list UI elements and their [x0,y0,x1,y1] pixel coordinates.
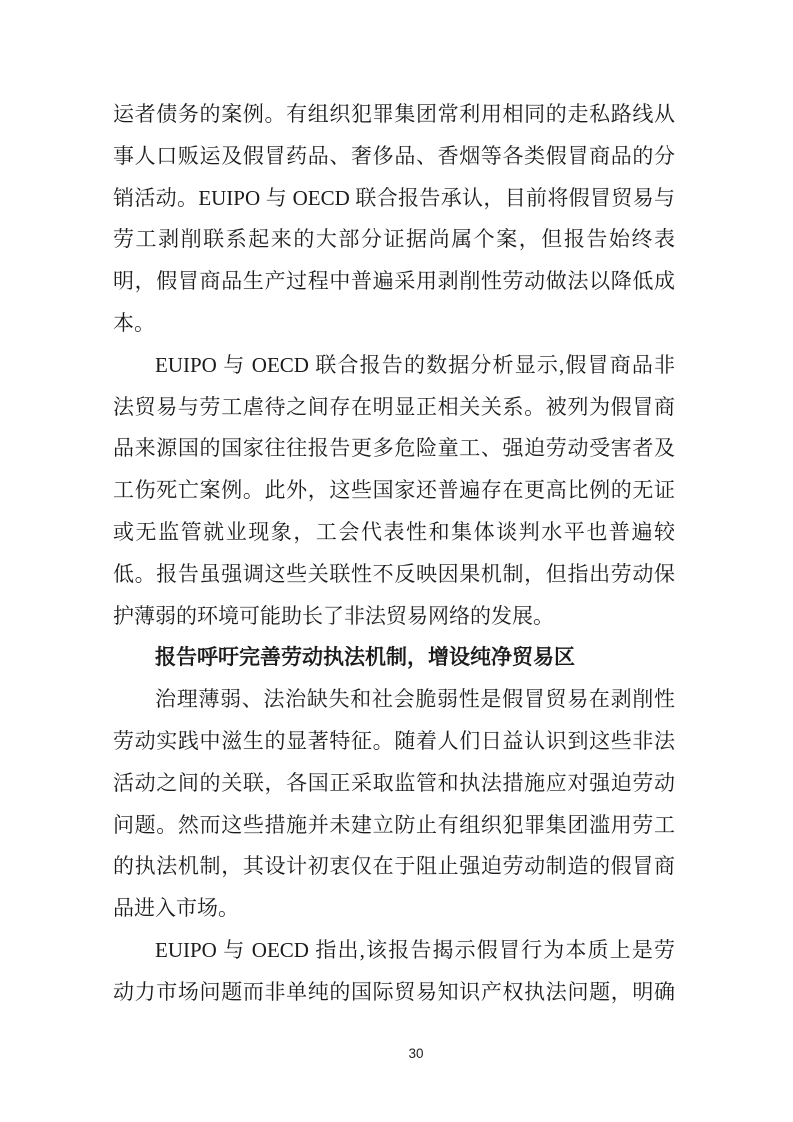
text-line: 或无监管就业现象，工会代表性和集体谈判水平也普遍较 [113,512,675,554]
document-body: 运者债务的案例。有组织犯罪集团常利用相同的走私路线从事人口贩运及假冒药品、奢侈品… [113,94,675,1014]
paragraph: EUIPO 与 OECD 指出,该报告揭示假冒行为本质上是劳动力市场问题而非单纯… [113,930,675,1014]
paragraph: EUIPO 与 OECD 联合报告的数据分析显示,假冒商品非法贸易与劳工虐待之间… [113,345,675,638]
text-line: 品进入市场。 [113,888,675,930]
text-line: 劳动实践中滋生的显著特征。随着人们日益认识到这些非法 [113,721,675,763]
text-line: 护薄弱的环境可能助长了非法贸易网络的发展。 [113,596,675,638]
text-line: 的执法机制，其设计初衷仅在于阻止强迫劳动制造的假冒商 [113,846,675,888]
text-line: 销活动。EUIPO 与 OECD 联合报告承认，目前将假冒贸易与 [113,178,675,220]
text-line: EUIPO 与 OECD 联合报告的数据分析显示,假冒商品非 [113,345,675,387]
text-line: 工伤死亡案例。此外，这些国家还普遍存在更高比例的无证 [113,470,675,512]
text-line: 品来源国的国家往往报告更多危险童工、强迫劳动受害者及 [113,428,675,470]
section-heading: 报告呼吁完善劳动执法机制，增设纯净贸易区 [113,637,675,679]
text-line: 明，假冒商品生产过程中普遍采用剥削性劳动做法以降低成 [113,261,675,303]
text-line: 事人口贩运及假冒药品、奢侈品、香烟等各类假冒商品的分 [113,136,675,178]
text-line: 低。报告虽强调这些关联性不反映因果机制，但指出劳动保 [113,554,675,596]
heading-line: 报告呼吁完善劳动执法机制，增设纯净贸易区 [113,637,675,679]
text-line: 治理薄弱、法治缺失和社会脆弱性是假冒贸易在剥削性 [113,679,675,721]
page-number: 30 [408,1046,423,1061]
text-line: EUIPO 与 OECD 指出,该报告揭示假冒行为本质上是劳 [113,930,675,972]
page-footer: 30 [0,1046,793,1066]
text-line: 法贸易与劳工虐待之间存在明显正相关关系。被列为假冒商 [113,387,675,429]
text-line: 活动之间的关联，各国正采取监管和执法措施应对强迫劳动 [113,763,675,805]
text-line: 动力市场问题而非单纯的国际贸易知识产权执法问题，明确 [113,972,675,1014]
text-line: 本。 [113,303,675,345]
paragraph: 运者债务的案例。有组织犯罪集团常利用相同的走私路线从事人口贩运及假冒药品、奢侈品… [113,94,675,345]
document-page: 运者债务的案例。有组织犯罪集团常利用相同的走私路线从事人口贩运及假冒药品、奢侈品… [0,0,793,1122]
text-line: 劳工剥削联系起来的大部分证据尚属个案，但报告始终表 [113,219,675,261]
text-line: 运者债务的案例。有组织犯罪集团常利用相同的走私路线从 [113,94,675,136]
text-line: 问题。然而这些措施并未建立防止有组织犯罪集团滥用劳工 [113,805,675,847]
paragraph: 治理薄弱、法治缺失和社会脆弱性是假冒贸易在剥削性劳动实践中滋生的显著特征。随着人… [113,679,675,930]
